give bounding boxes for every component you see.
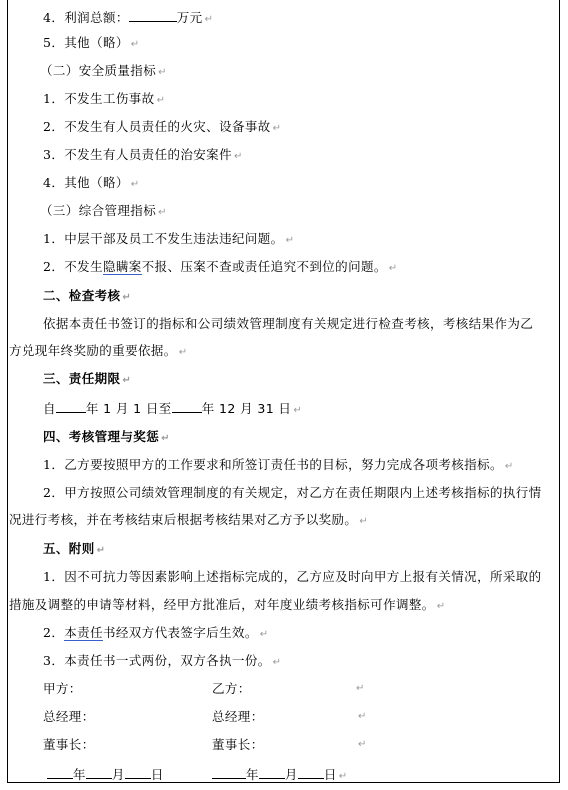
management-item-1: 1．中层干部及员工不发生违法违纪问题。↵ [43,231,294,247]
paragraph-mark-icon: ↵ [161,433,170,444]
paragraph-mark-icon: ↵ [359,516,368,527]
safety-item-2: 2．不发生有人员责任的火灾、设备事故↵ [43,119,281,135]
spellcheck-underlined-word[interactable]: 隐瞒案 [103,259,142,275]
paragraph-mark-icon: ↵ [131,39,140,50]
paragraph-mark-icon: ↵ [273,657,282,668]
item-text: 况进行考核，并在考核结束后根据考核结果对乙方予以奖励。 [9,512,357,527]
safety-item-3: 3．不发生有人员责任的治安案件↵ [43,147,243,163]
appendix-item-1-line-2: 措施及调整的申请等材料，经甲方批准后，对年度业绩考核指标可作调整。↵ [9,597,445,613]
item-number: 2． [43,259,64,274]
item-number: 4． [43,175,64,190]
section-appendix-heading: 五、附则↵ [43,541,105,557]
section-title: 三、责任期限 [43,371,120,386]
paragraph-mark-icon: ↵ [273,123,282,134]
day-label: 日 [324,767,337,782]
item-text: 不报、压案不查或责任追究不到位的问题。 [142,259,387,274]
paragraph-mark-icon: ↵ [122,292,131,303]
chairman-b-label: 董事长： [212,737,264,753]
party-a-text: 甲方： [43,681,82,696]
gm-a-text: 总经理： [43,709,95,724]
paragraph-mark-icon: ↵ [97,545,106,556]
paragraph-mark-icon: ↵ [234,151,243,162]
start-year-blank[interactable] [56,399,86,413]
other-item-line: 5．其他（略）↵ [43,35,140,51]
paragraph-mark-icon: ↵ [122,375,131,386]
item-text: 不发生有人员责任的治安案件 [64,147,232,162]
appendix-item-2: 2．本责任书经双方代表签字后生效。↵ [43,625,269,641]
section-title: 二、检查考核 [43,288,120,303]
section-check-heading: 二、检查考核↵ [43,288,131,304]
paragraph-mark-icon: ↵ [437,601,446,612]
paragraph-text: 依据本责任书签订的指标和公司绩效管理制度有关规定进行检查考核，考核结果作为乙 [43,316,533,331]
item-text: 不发生有人员责任的火灾、设备事故 [64,119,270,134]
item-text: 其他（略） [64,175,129,190]
paragraph-mark-icon: ↵ [205,14,214,25]
item-text: 中层干部及员工不发生违法违纪问题。 [64,231,283,246]
term-dates-line: 自年 1 月 1 日至年 12 月 31 日↵ [43,399,302,415]
reward-item-2-line-2: 况进行考核，并在考核结束后根据考核结果对乙方予以奖励。↵ [9,512,368,528]
item-number: 2． [43,119,64,134]
month-label: 月 [285,767,298,782]
paragraph-mark-icon: ↵ [389,263,398,274]
party-b-day-blank[interactable] [298,765,324,779]
section-reward-heading: 四、考核管理与奖惩↵ [43,429,170,445]
party-a-day-blank[interactable] [125,765,151,779]
paragraph-mark-icon: ↵ [356,681,365,697]
party-b-text: 乙方： [212,681,251,696]
section-term-heading: 三、责任期限↵ [43,371,131,387]
party-b-date-line: 年月日↵ [212,765,348,781]
profit-blank-field[interactable] [129,8,177,22]
spellcheck-underlined-word[interactable]: 本责任 [64,625,103,641]
profit-total-line: 4．利润总额：万元↵ [43,8,213,24]
reward-item-1: 1．乙方要按照甲方的工作要求和所签订责任书的目标，努力完成各项考核指标。↵ [43,457,514,473]
item-text: 其他（略） [64,35,129,50]
section-title: 五、附则 [43,541,95,556]
item-number: 1． [43,457,64,472]
item-text: 乙方要按照甲方的工作要求和所签订责任书的目标，努力完成各项考核指标。 [64,457,503,472]
paragraph-mark-icon: ↵ [131,179,140,190]
item-number: 1． [43,569,64,584]
subsection-safety-heading: （二）安全质量指标↵ [40,63,167,79]
subsection-title: （二）安全质量指标 [40,63,156,78]
paragraph-mark-icon: ↵ [260,629,269,640]
item-text: 不发生 [64,259,103,274]
item-number: 1． [43,91,64,106]
item-number: 2． [43,625,64,640]
paragraph-mark-icon: ↵ [358,737,367,753]
item-number: 2． [43,485,64,500]
item-text: 不发生工伤事故 [64,91,154,106]
section-check-paragraph-line-2: 方兑现年终奖励的重要依据。↵ [9,343,187,359]
paragraph-mark-icon: ↵ [286,235,295,246]
section-check-paragraph-line-1: 依据本责任书签订的指标和公司绩效管理制度有关规定进行检查考核，考核结果作为乙 [43,316,533,332]
safety-item-1: 1．不发生工伤事故↵ [43,91,165,107]
paragraph-mark-icon: ↵ [179,347,188,358]
month-label: 月 [112,767,125,782]
paragraph-text: 方兑现年终奖励的重要依据。 [9,343,177,358]
party-a-month-blank[interactable] [86,765,112,779]
subsection-management-heading: （三）综合管理指标↵ [40,203,167,219]
chair-b-text: 董事长： [212,737,264,752]
item-number: 4． [43,10,64,25]
section-title: 四、考核管理与奖惩 [43,429,159,444]
appendix-item-3: 3．本责任书一式两份，双方各执一份。↵ [43,653,281,669]
gm-b-text: 总经理： [212,709,264,724]
year-label: 年 [73,767,86,782]
item-number: 3． [43,653,64,668]
party-b-year-blank[interactable] [212,765,246,779]
paragraph-mark-icon: ↵ [158,67,167,78]
item-text: 书经双方代表签字后生效。 [103,625,258,640]
item-text: 甲方按照公司绩效管理制度的有关规定，对乙方在责任期限内上述考核指标的执行情 [64,485,541,500]
reward-item-2-line-1: 2．甲方按照公司绩效管理制度的有关规定，对乙方在责任期限内上述考核指标的执行情 [43,485,542,501]
day-label: 日 [151,767,164,782]
paragraph-mark-icon: ↵ [158,207,167,218]
item-text: 本责任书一式两份，双方各执一份。 [64,653,270,668]
paragraph-mark-icon: ↵ [157,95,166,106]
paragraph-mark-icon: ↵ [339,771,348,782]
item-text: 措施及调整的申请等材料，经甲方批准后，对年度业绩考核指标可作调整。 [9,597,435,612]
appendix-item-1-line-1: 1．因不可抗力等因素影响上述指标完成的，乙方应及时向甲方上报有关情况，所采取的 [43,569,542,585]
end-year-blank[interactable] [172,399,202,413]
term-start-text: 年 1 月 1 日至 [86,401,172,416]
party-a-year-blank[interactable] [47,765,73,779]
general-manager-a-label: 总经理： [43,709,95,725]
party-a-date-line: 年月日 [47,765,164,781]
item-number: 5． [43,35,64,50]
management-item-2: 2．不发生隐瞒案不报、压案不查或责任追究不到位的问题。↵ [43,259,398,275]
chair-a-text: 董事长： [43,737,95,752]
term-end-text: 年 12 月 31 日 [202,401,292,416]
profit-label: 利润总额： [64,10,129,25]
item-number: 1． [43,231,64,246]
subsection-title: （三）综合管理指标 [40,203,156,218]
paragraph-mark-icon: ↵ [358,709,367,725]
party-b-month-blank[interactable] [259,765,285,779]
chairman-a-label: 董事长： [43,737,95,753]
paragraph-mark-icon: ↵ [505,461,514,472]
party-b-label: 乙方： [212,681,251,697]
unit-label: 万元 [177,10,203,25]
year-label: 年 [246,767,259,782]
party-a-label: 甲方： [43,681,82,697]
paragraph-mark-icon: ↵ [293,405,302,416]
item-number: 3． [43,147,64,162]
term-from-label: 自 [43,401,56,416]
item-text: 因不可抗力等因素影响上述指标完成的，乙方应及时向甲方上报有关情况，所采取的 [64,569,541,584]
general-manager-b-label: 总经理： [212,709,264,725]
safety-item-4: 4．其他（略）↵ [43,175,140,191]
